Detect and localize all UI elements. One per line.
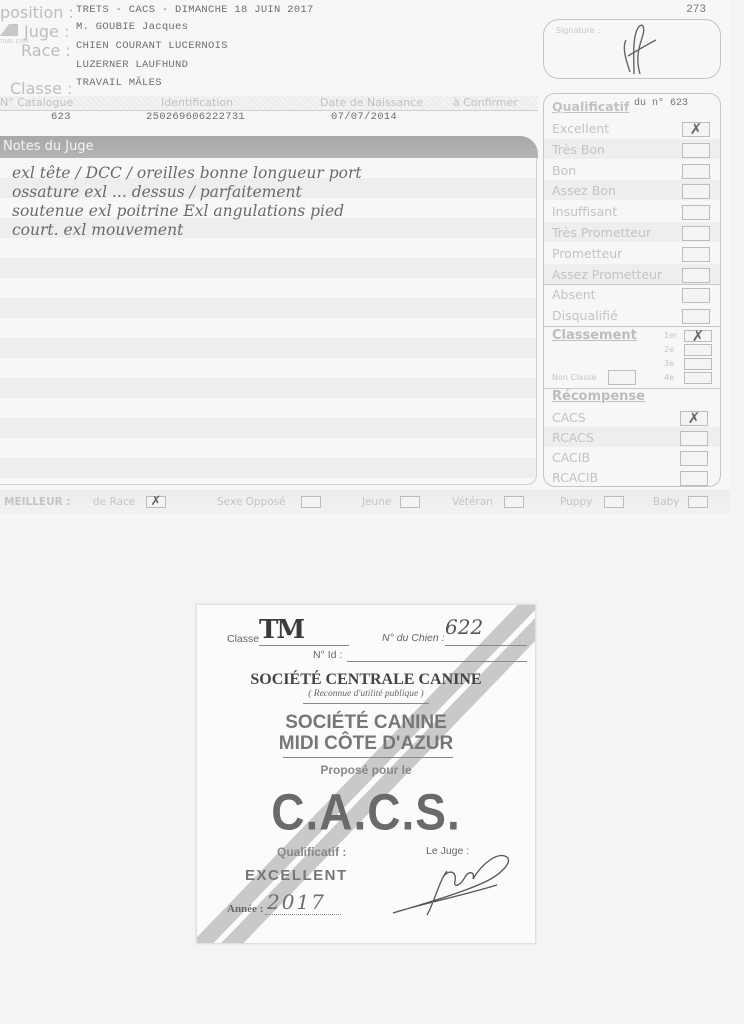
qualificatif-option-label: Très Prometteur xyxy=(552,225,651,240)
rank-checkbox[interactable]: ✗ xyxy=(684,330,712,342)
card-annee-value: 2017 xyxy=(267,890,326,914)
meilleur-checkbox[interactable] xyxy=(688,496,708,508)
notes-line: ossature exl ... dessus / parfaitement xyxy=(12,183,522,202)
card-annee-label: Année : xyxy=(227,903,263,915)
qualificatif-option[interactable]: Disqualifié xyxy=(544,305,720,325)
meilleur-checkbox[interactable] xyxy=(504,496,524,508)
meilleur-option-label: Puppy xyxy=(560,496,592,508)
qualificatif-option[interactable]: Très Bon xyxy=(544,139,720,159)
non-classe-label: Non Classe xyxy=(552,373,596,382)
qualificatif-checkbox[interactable] xyxy=(682,184,710,199)
qualificatif-panel: Qualificatif du n° 623 Excellent✗Très Bo… xyxy=(543,93,721,487)
recompense-option-label: CACS xyxy=(552,410,586,425)
qualificatif-option-label: Insuffisant xyxy=(552,204,617,219)
recompense-checkbox[interactable] xyxy=(680,451,708,466)
qualificatif-checkbox[interactable] xyxy=(682,268,710,283)
recompense-option[interactable]: RCACIB xyxy=(544,467,720,487)
card-qualificatif-value: EXCELLENT xyxy=(245,867,348,884)
exposition-label: position : xyxy=(0,3,74,22)
juge-value: M. GOUBIE Jacques xyxy=(76,21,188,33)
qualificatif-option[interactable]: Prometteur xyxy=(544,243,720,263)
recompense-option[interactable]: CACIB xyxy=(544,447,720,467)
page-number: 273 xyxy=(686,4,706,16)
rank-label: 2e xyxy=(664,345,674,354)
classement-title: Classement xyxy=(552,328,637,343)
du-n-label: du n° xyxy=(634,98,664,109)
catalogue-col-numero: N° Catalogue xyxy=(0,96,73,109)
logo-icon xyxy=(0,24,18,36)
annee-dotted-line xyxy=(265,914,341,915)
meilleur-option-label: Sexe Opposé xyxy=(217,496,286,508)
rank-label: 3e xyxy=(664,359,674,368)
notes-title: Notes du Juge xyxy=(3,139,94,154)
meilleur-option-label: Baby xyxy=(653,496,680,508)
card-society-name: SOCIÉTÉ CANINE MIDI CÔTE D'AZUR xyxy=(197,712,535,754)
qualificatif-checkbox[interactable] xyxy=(682,164,710,179)
meilleur-checkbox[interactable] xyxy=(604,496,624,508)
qualificatif-option-label: Absent xyxy=(552,287,596,302)
notes-header: Notes du Juge xyxy=(0,136,538,158)
meilleur-checkbox[interactable] xyxy=(301,496,321,508)
rank-label: 4e xyxy=(664,373,674,382)
notes-handwritten-text: exl tête / DCC / oreilles bonne longueur… xyxy=(12,164,522,240)
qualificatif-option[interactable]: Assez Bon xyxy=(544,180,720,200)
recompense-checkbox[interactable] xyxy=(680,431,708,446)
qualificatif-checkbox[interactable] xyxy=(682,288,710,303)
notes-area[interactable]: exl tête / DCC / oreilles bonne longueur… xyxy=(0,158,537,485)
race-value-1: CHIEN COURANT LUCERNOIS xyxy=(76,40,228,52)
notes-line: exl tête / DCC / oreilles bonne longueur… xyxy=(12,164,522,183)
qualificatif-checkbox[interactable] xyxy=(682,226,710,241)
notes-line: court. exl mouvement xyxy=(12,221,522,240)
recompense-option-label: RCACS xyxy=(552,430,594,445)
signature-scribble-icon xyxy=(608,20,668,78)
society-line-1: SOCIÉTÉ CANINE xyxy=(197,712,535,733)
qualificatif-checkbox[interactable]: ✗ xyxy=(682,122,710,137)
society-line-2: MIDI CÔTE D'AZUR xyxy=(197,733,535,754)
recompense-checkbox[interactable] xyxy=(680,471,708,486)
qualificatif-option-label: Disqualifié xyxy=(552,308,618,323)
juge-label: Juge : xyxy=(24,22,69,41)
meilleur-option-label: Vétéran xyxy=(452,496,493,508)
qualificatif-option-label: Très Bon xyxy=(552,142,605,157)
date-naissance-value: 07/07/2014 xyxy=(331,111,397,123)
chien-underline xyxy=(445,645,527,646)
card-qualificatif-label: Qualificatif : xyxy=(277,845,346,859)
meilleur-option-label: de Race xyxy=(93,496,135,508)
card-classe-label: Classe xyxy=(227,633,259,645)
card-chien-label: N° du Chien : xyxy=(382,632,445,644)
qualificatif-title: Qualificatif xyxy=(552,99,629,114)
qualificatif-option[interactable]: Bon xyxy=(544,160,720,180)
recompense-option[interactable]: RCACS xyxy=(544,427,720,447)
meilleur-row: MEILLEUR : de Race✗Sexe OpposéJeuneVétér… xyxy=(0,490,730,514)
qualificatif-option[interactable]: Excellent✗ xyxy=(544,118,720,138)
qualificatif-checkbox[interactable] xyxy=(682,309,710,324)
signature-label: Signature : xyxy=(556,26,600,35)
divider xyxy=(303,703,429,704)
identification-value: 250269606222731 xyxy=(146,111,245,123)
qualificatif-checkbox[interactable] xyxy=(682,247,710,262)
rank-checkbox[interactable] xyxy=(684,372,712,384)
nid-underline xyxy=(347,661,527,662)
card-org-name: SOCIÉTÉ CENTRALE CANINE xyxy=(197,671,535,689)
rank-checkbox[interactable] xyxy=(684,358,712,370)
recompense-option-label: CACIB xyxy=(552,450,590,465)
qualificatif-number: du n° 623 xyxy=(634,98,688,109)
qualificatif-option[interactable]: Très Prometteur xyxy=(544,222,720,242)
non-classe-checkbox[interactable] xyxy=(608,370,636,385)
judge-signature-icon xyxy=(387,841,517,921)
notes-line: soutenue exl poitrine Exl angulations pi… xyxy=(12,202,522,221)
card-award: C.A.C.S. xyxy=(197,782,535,841)
recompense-option-label: RCACIB xyxy=(552,470,598,485)
catalogue-header-row: N° Catalogue Identification Date de Nais… xyxy=(0,96,538,111)
recompense-checkbox[interactable]: ✗ xyxy=(680,411,708,426)
qualificatif-option-label: Assez Bon xyxy=(552,183,616,198)
catalogue-col-confirmer: à Confirmer xyxy=(453,96,518,109)
qualificatif-option-label: Prometteur xyxy=(552,246,622,261)
meilleur-title: MEILLEUR : xyxy=(4,496,71,508)
du-n-value: 623 xyxy=(670,98,688,109)
qualificatif-option-label: Excellent xyxy=(552,121,609,136)
qualificatif-option-label: Assez Prometteur xyxy=(552,267,662,282)
card-chien-value: 622 xyxy=(445,615,483,639)
recompense-option[interactable]: CACS✗ xyxy=(544,407,720,427)
rank-checkbox[interactable] xyxy=(684,344,712,356)
judging-sheet: TRAIL STUB position : Juge : Race : Clas… xyxy=(0,0,730,520)
meilleur-option-label: Jeune xyxy=(362,496,391,508)
signature-box[interactable]: Signature : xyxy=(543,19,721,79)
card-org-subtitle: ( Reconnue d'utilité publique ) xyxy=(197,689,535,699)
cacs-card: Classe TM N° du Chien : 622 N° Id : SOCI… xyxy=(196,604,536,944)
classe-value: TRAVAIL MÂLES xyxy=(76,77,162,89)
qualificatif-option[interactable]: Absent xyxy=(544,284,720,304)
classe-underline xyxy=(259,645,349,646)
card-nid-label: N° Id : xyxy=(313,649,342,661)
exposition-value: TRETS - CACS - DIMANCHE 18 JUIN 2017 xyxy=(76,4,314,16)
race-label: Race : xyxy=(21,41,71,60)
meilleur-checkbox[interactable]: ✗ xyxy=(146,496,166,508)
card-classe-value: TM xyxy=(259,615,303,645)
catalogue-numero-value: 623 xyxy=(51,111,71,123)
catalogue-col-identification: Identification xyxy=(161,96,233,109)
qualificatif-option[interactable]: Insuffisant xyxy=(544,201,720,221)
qualificatif-checkbox[interactable] xyxy=(682,143,710,158)
catalogue-col-date: Date de Naissance xyxy=(320,96,423,109)
qualificatif-option[interactable]: Assez Prometteur xyxy=(544,264,720,284)
rank-label: 1er xyxy=(664,331,677,340)
qualificatif-checkbox[interactable] xyxy=(682,205,710,220)
card-propose-label: Proposé pour le xyxy=(197,763,535,777)
race-value-2: LUZERNER LAUFHUND xyxy=(76,59,188,71)
qualificatif-option-label: Bon xyxy=(552,163,576,178)
meilleur-checkbox[interactable] xyxy=(400,496,420,508)
recompense-title: Récompense xyxy=(552,389,645,404)
divider xyxy=(283,757,453,758)
